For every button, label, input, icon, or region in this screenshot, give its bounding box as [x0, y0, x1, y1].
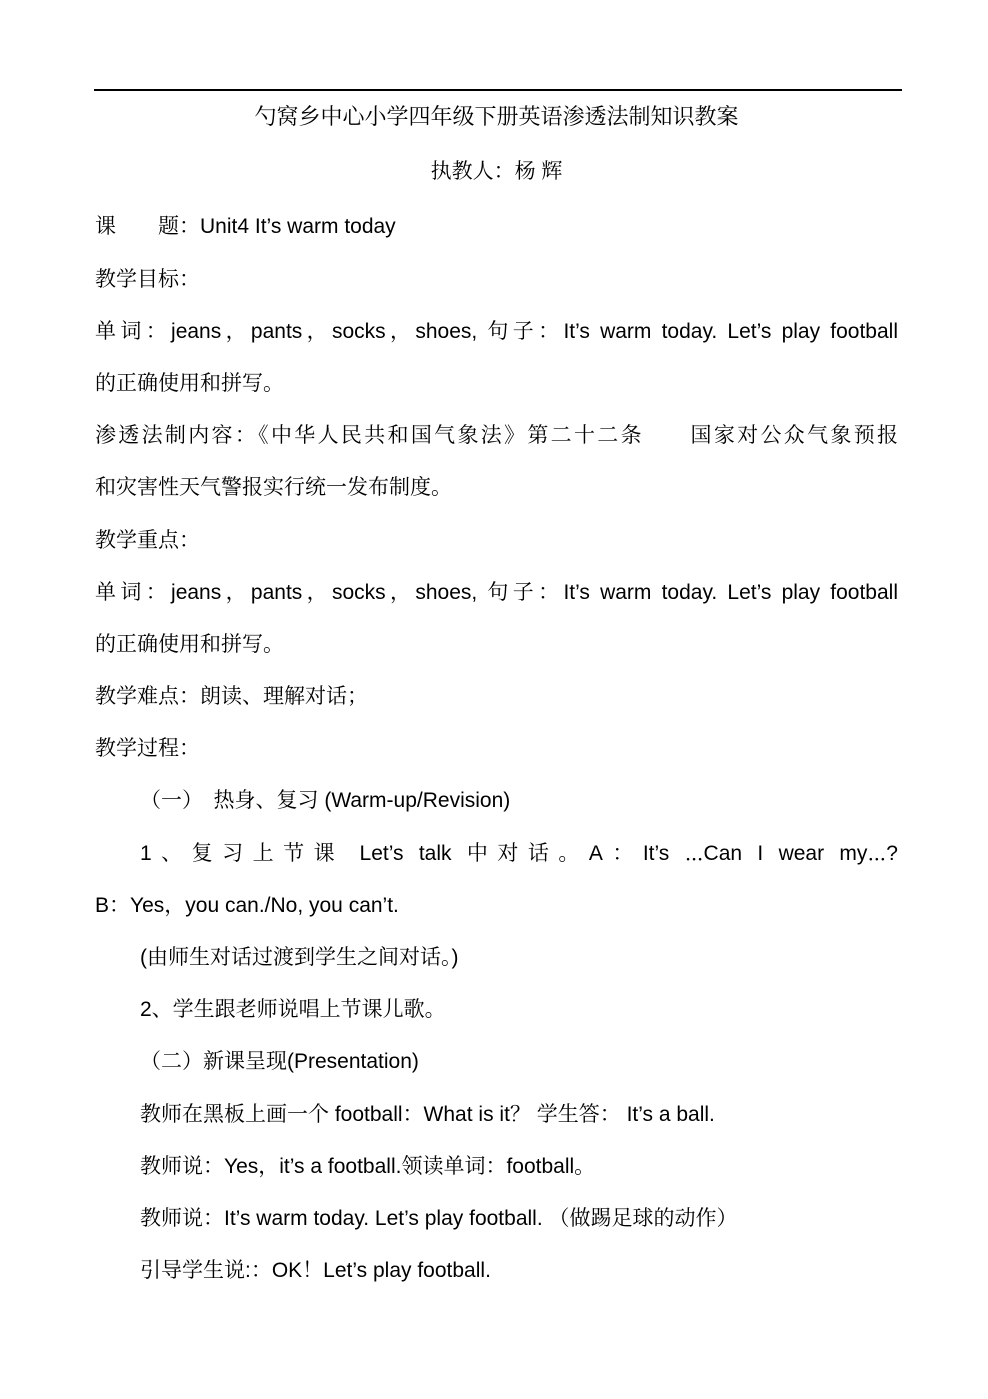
document-page: 勺窝乡中心小学四年级下册英语渗透法制知识教案 执教人：杨 辉 课 题：Unit4…	[0, 0, 988, 1399]
text-line: 2、学生跟老师说唱上节课儿歌。	[95, 984, 898, 1036]
document-title: 勺窝乡中心小学四年级下册英语渗透法制知识教案	[95, 91, 898, 143]
text-line: 教师说：It’s warm today. Let’s play football…	[95, 1193, 898, 1245]
document-body: 课 题：Unit4 It’s warm today教学目标：单词：jeans，p…	[95, 201, 898, 1297]
text-line: B：Yes，you can./No, you can’t.	[95, 880, 898, 932]
text-line: （一） 热身、复习 (Warm-up/Revision)	[95, 775, 898, 827]
text-line: 单词：jeans，pants，socks，shoes, 句子：It’s warm…	[95, 567, 898, 619]
author-line: 执教人：杨 辉	[95, 143, 898, 201]
text-line: 引导学生说:：OK！Let’s play football.	[95, 1245, 898, 1297]
text-line: 和灾害性天气警报实行统一发布制度。	[95, 462, 898, 514]
text-line: 课 题：Unit4 It’s warm today	[95, 201, 898, 253]
text-line: 教学过程：	[95, 723, 898, 775]
text-line: 教师说：Yes，it’s a football.领读单词：football。	[95, 1141, 898, 1193]
text-line: 单词：jeans，pants，socks，shoes, 句子：It’s warm…	[95, 306, 898, 358]
text-line: 1、复习上节课 Let’s talk 中对话。A：It’s ⋯Can I wea…	[95, 828, 898, 880]
text-line: 教师在黑板上画一个 football：What is it？ 学生答： It’s…	[95, 1089, 898, 1141]
text-line: 的正确使用和拼写。	[95, 358, 898, 410]
document-viewport: { "page": { "background_color": "#ffffff…	[0, 0, 988, 1399]
text-line: 教学重点：	[95, 515, 898, 567]
text-line: (由师生对话过渡到学生之间对话。)	[95, 932, 898, 984]
text-line: 教学目标：	[95, 254, 898, 306]
text-line: 渗透法制内容：《中华人民共和国气象法》第二十二条 国家对公众气象预报	[95, 410, 898, 462]
text-line: 教学难点：朗读、理解对话；	[95, 671, 898, 723]
text-line: （二）新课呈现(Presentation)	[95, 1036, 898, 1088]
text-line: 的正确使用和拼写。	[95, 619, 898, 671]
